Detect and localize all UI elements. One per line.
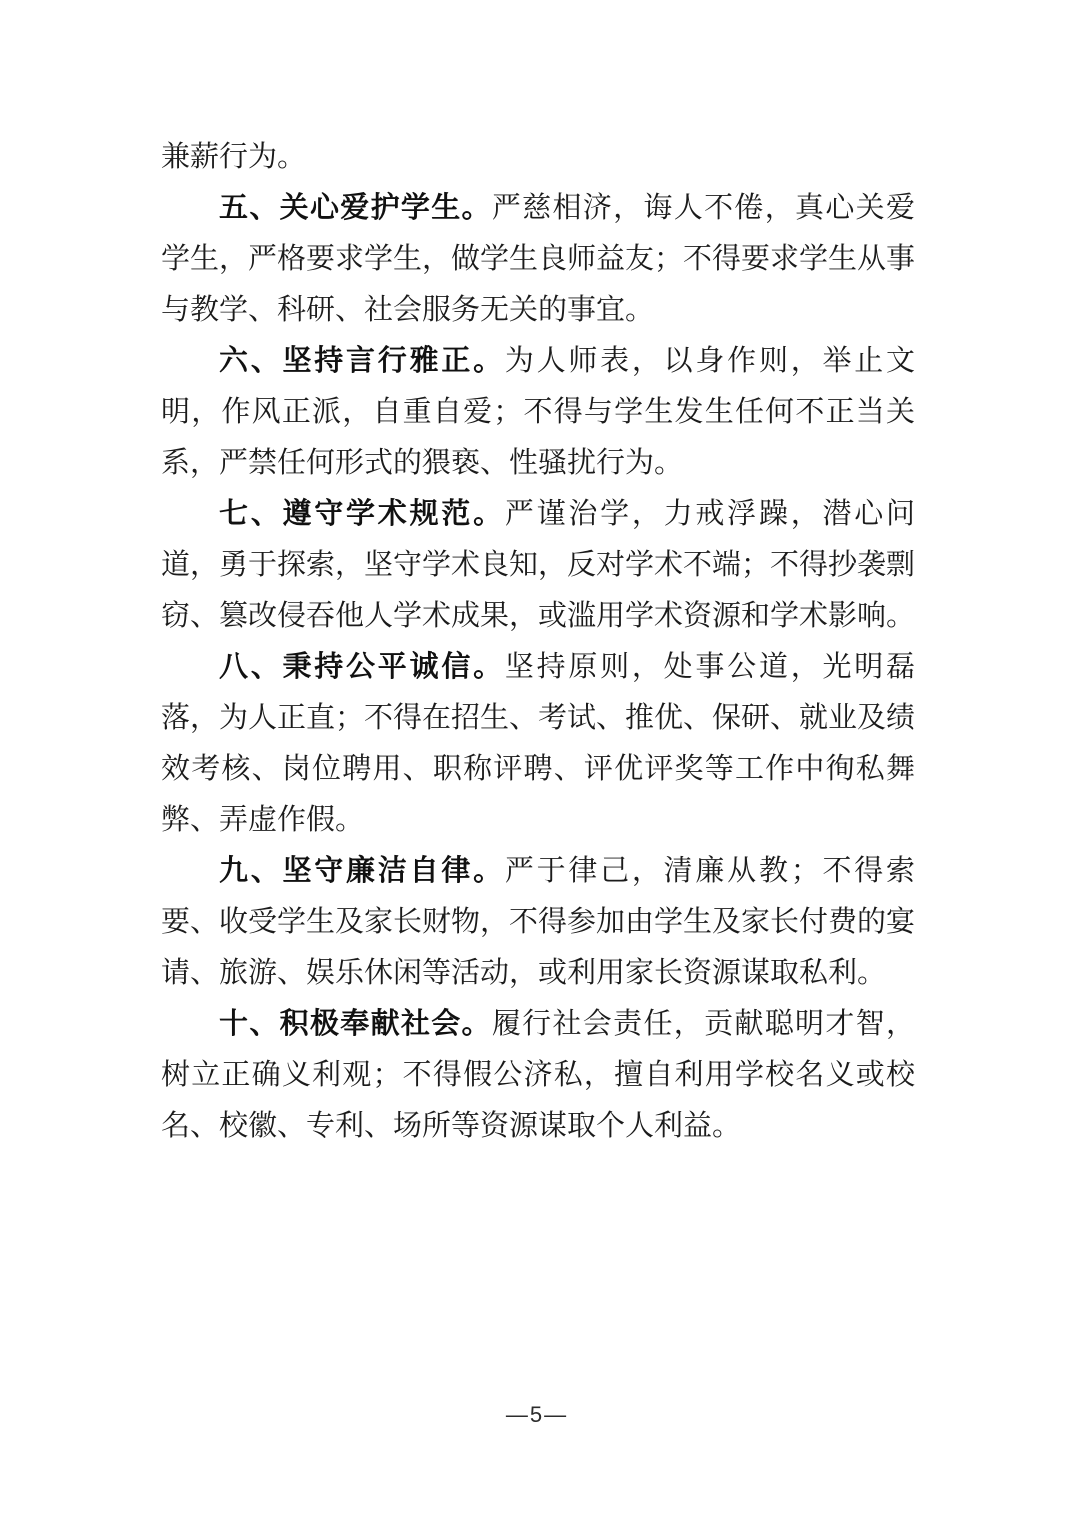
paragraph-lead: 五、关心爱护学生。 <box>219 192 492 224</box>
page-footer: —5— <box>0 1402 1074 1428</box>
paragraph-lead: 十、积极奉献社会。 <box>219 1008 492 1040</box>
paragraph-lead: 六、坚持言行雅正。 <box>219 345 505 377</box>
paragraph-item-8: 八、秉持公平诚信。坚持原则，处事公道，光明磊落，为人正直；不得在招生、考试、推优… <box>161 642 915 846</box>
page-number: —5— <box>506 1402 568 1427</box>
paragraph-continuation: 兼薪行为。 <box>161 132 915 183</box>
paragraph-item-7: 七、遵守学术规范。严谨治学，力戒浮躁，潜心问道，勇于探索，坚守学术良知，反对学术… <box>161 489 915 642</box>
document-body: 兼薪行为。 五、关心爱护学生。严慈相济，诲人不倦，真心关爱学生，严格要求学生，做… <box>161 132 915 1152</box>
paragraph-item-6: 六、坚持言行雅正。为人师表，以身作则，举止文明，作风正派，自重自爱；不得与学生发… <box>161 336 915 489</box>
paragraph-body: 兼薪行为。 <box>161 141 306 173</box>
paragraph-item-5: 五、关心爱护学生。严慈相济，诲人不倦，真心关爱学生，严格要求学生，做学生良师益友… <box>161 183 915 336</box>
paragraph-item-10: 十、积极奉献社会。履行社会责任，贡献聪明才智，树立正确义利观；不得假公济私，擅自… <box>161 999 915 1152</box>
paragraph-lead: 九、坚守廉洁自律。 <box>219 855 505 887</box>
paragraph-item-9: 九、坚守廉洁自律。严于律己，清廉从教；不得索要、收受学生及家长财物，不得参加由学… <box>161 846 915 999</box>
paragraph-lead: 七、遵守学术规范。 <box>219 498 505 530</box>
paragraph-lead: 八、秉持公平诚信。 <box>219 651 505 683</box>
document-page: 兼薪行为。 五、关心爱护学生。严慈相济，诲人不倦，真心关爱学生，严格要求学生，做… <box>0 0 1074 1520</box>
